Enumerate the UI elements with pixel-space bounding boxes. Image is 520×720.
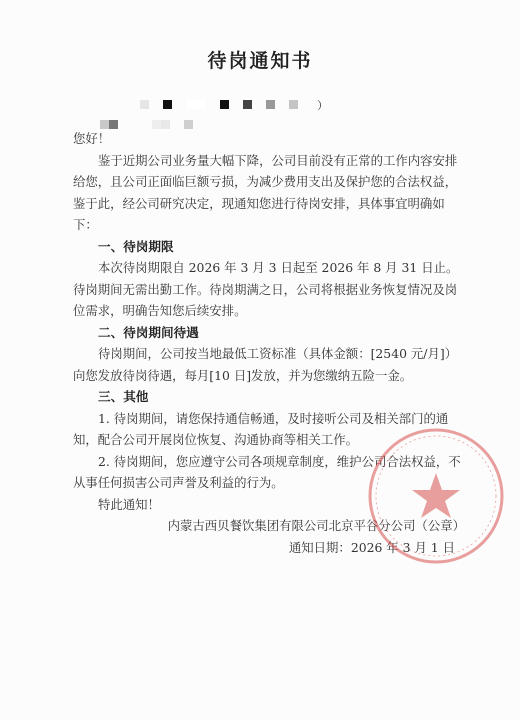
section-text-other-2: 2. 待岗期间，您应遵守公司各项规章制度，维护公司合法权益，不从事任何损害公司声… — [73, 451, 465, 494]
intro-paragraph: 鉴于近期公司业务量大幅下降，公司目前没有正常的工作内容安排给您，且公司正面临巨额… — [73, 150, 465, 236]
closing: 特此通知！ — [73, 494, 465, 516]
section-heading-pay: 二、待岗期间待遇 — [73, 322, 465, 344]
section-text-pay: 待岗期间，公司按当地最低工资标准（具体金额：[2540 元/月]）向您发放待岗待… — [73, 343, 465, 386]
section-text-other-1: 1. 待岗期间，请您保持通信畅通，及时接听公司及相关部门的通知，配合公司开展岗位… — [73, 408, 465, 451]
issuer: 内蒙古西贝餐饮集团有限公司北京平谷分公司（公章） — [73, 515, 465, 537]
recipient-redacted-line2 — [100, 114, 207, 126]
date-label: 通知日期： — [289, 540, 351, 555]
date-value: 2026 年 3 月 1 日 — [351, 540, 455, 555]
document-title: 待岗通知书 — [0, 46, 520, 73]
notice-page: 待岗通知书 ） 您好！ 鉴于近期公司业务量大幅下降，公司目前没有正常的工作内容安… — [0, 0, 520, 720]
recipient-redacted: ） — [100, 94, 342, 106]
section-heading-period: 一、待岗期限 — [73, 236, 465, 258]
greeting: 您好！ — [73, 128, 465, 150]
section-text-period: 本次待岗期限自 2026 年 3 月 3 日起至 2026 年 8 月 31 日… — [73, 257, 465, 322]
document-body: 您好！ 鉴于近期公司业务量大幅下降，公司目前没有正常的工作内容安排给您，且公司正… — [73, 128, 465, 558]
notice-date: 通知日期：2026 年 3 月 1 日 — [73, 537, 465, 559]
section-heading-other: 三、其他 — [73, 386, 465, 408]
recipient-suffix: ） — [317, 97, 328, 113]
